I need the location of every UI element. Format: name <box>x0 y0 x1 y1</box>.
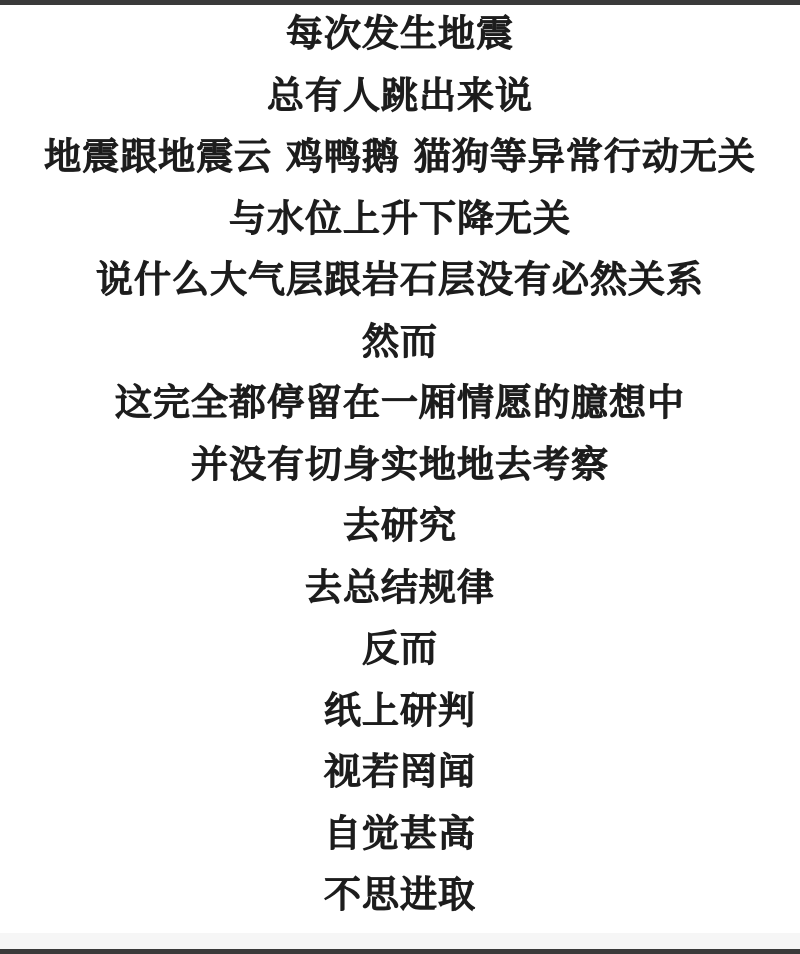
text-line: 不思进取 <box>324 864 476 926</box>
text-line: 反而 <box>362 618 438 680</box>
text-line: 每次发生地震 <box>286 3 514 65</box>
text-line: 总有人跳出来说 <box>267 65 533 127</box>
footer-light-band <box>0 933 800 949</box>
text-line: 自觉甚高 <box>324 803 476 865</box>
text-line: 这完全都停留在一厢情愿的臆想中 <box>115 372 685 434</box>
caption-stack: 每次发生地震 总有人跳出来说 地震跟地震云 鸡鸭鹅 猫狗等异常行动无关 与水位上… <box>0 3 800 926</box>
text-line: 并没有切身实地地去考察 <box>191 434 609 496</box>
text-line: 纸上研判 <box>324 680 476 742</box>
text-line: 去总结规律 <box>305 557 495 619</box>
text-line: 然而 <box>362 311 438 373</box>
bottom-edge-bar <box>0 949 800 954</box>
text-line: 说什么大气层跟岩石层没有必然关系 <box>96 249 704 311</box>
text-line: 与水位上升下降无关 <box>229 188 571 250</box>
text-line: 地震跟地震云 鸡鸭鹅 猫狗等异常行动无关 <box>44 126 756 188</box>
text-line: 视若罔闻 <box>324 741 476 803</box>
text-line: 去研究 <box>343 495 457 557</box>
